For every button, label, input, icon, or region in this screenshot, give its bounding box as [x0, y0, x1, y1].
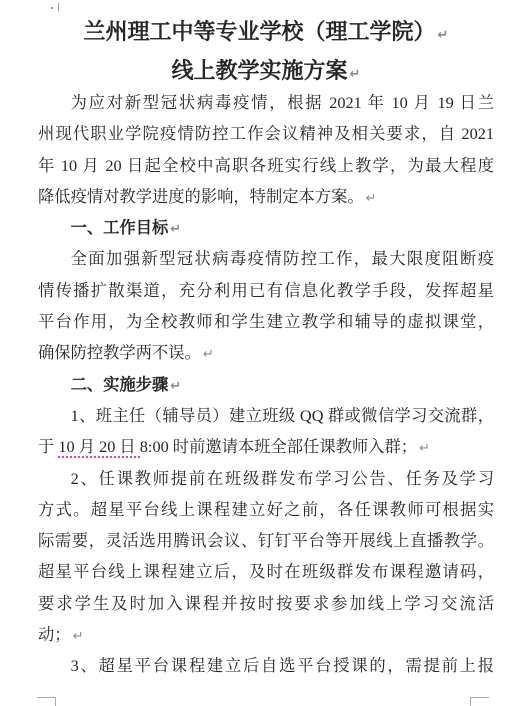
margin-crop-mark-top-left: [58, 3, 59, 11]
line-text: 际需要，灵活选用腾讯会议、钉钉平台等开展线上直播教学。: [38, 531, 494, 550]
text-line: 于 10 月 20 日 8:00 时前邀请本班全部任课教师入群；↵: [38, 431, 494, 462]
document-body: 为应对新型冠状病毒疫情，根据 2021 年 10 月 19 日兰 州现代职业学院…: [38, 87, 494, 682]
margin-crop-mark-bottom-left: [37, 697, 56, 698]
text-line: 降低疫情对教学进度的影响，特制定本方案。↵: [38, 181, 494, 212]
text-line: 要求学生及时加入课程并按时按要求参加线上学习交流活: [38, 588, 494, 619]
line-text: 要求学生及时加入课程并按时按要求参加线上学习交流活: [38, 594, 494, 613]
text-line: 平台作用，为全校教师和学生建立教学和辅导的虚拟课堂，: [38, 306, 494, 337]
date-underlined-text: 10 月 20 日: [58, 437, 139, 458]
text-line: 1、班主任（辅导员）建立班级 QQ 群或微信学习交流群，: [38, 400, 494, 431]
line-text: 为应对新型冠状病毒疫情，根据 2021 年 10 月 19 日兰: [71, 93, 494, 112]
line-text: 1、班主任（辅导员）建立班级 QQ 群或微信学习交流群，: [71, 406, 494, 425]
title-line-2-text: 线上教学实施方案: [172, 58, 348, 83]
line-text: 全面加强新型冠状病毒疫情防控工作，最大限度阻断疫: [71, 249, 494, 268]
title-line-1-text: 兰州理工中等专业学校（理工学院）: [84, 19, 436, 44]
heading-text: 二、实施步骤: [71, 375, 169, 394]
line-text: 方式。超星平台线上课程建立好之前，各任课教师可根据实: [38, 500, 494, 519]
text-line: 年 10 月 20 日起全校中高职各班实行线上教学，为最大程度: [38, 150, 494, 181]
text-line: 情传播扩散渠道，充分利用已有信息化教学手段，发挥超星: [38, 275, 494, 306]
section-heading-2: 二、实施步骤↵: [38, 369, 494, 400]
paragraph-mark-icon: ↵: [203, 347, 214, 362]
line-text: 2、任课教师提前在班级群发布学习公告、任务及学习: [71, 469, 494, 488]
line-text: 情传播扩散渠道，充分利用已有信息化教学手段，发挥超星: [38, 281, 494, 300]
paragraph-mark-icon: ↵: [366, 191, 377, 206]
text-line: 超星平台线上课程建立后，及时在班级群发布课程邀请码，: [38, 556, 494, 587]
paragraph-mark-icon: ↵: [419, 441, 430, 456]
margin-crop-mark-bottom-right: [470, 697, 489, 698]
paragraph-mark-icon: ↵: [170, 379, 181, 394]
line-text: 于: [38, 437, 58, 456]
line-text: 8:00 时前邀请本班全部任课教师入群；: [140, 437, 417, 456]
text-line: 动；↵: [38, 619, 494, 650]
text-line: 为应对新型冠状病毒疫情，根据 2021 年 10 月 19 日兰: [38, 87, 494, 118]
paragraph-mark-icon: ↵: [438, 28, 449, 43]
text-line: 2、任课教师提前在班级群发布学习公告、任务及学习: [38, 463, 494, 494]
line-text: 年 10 月 20 日起全校中高职各班实行线上教学，为最大程度: [38, 156, 494, 175]
text-line: 确保防控教学两不误。↵: [38, 337, 494, 368]
line-text: 确保防控教学两不误。: [38, 343, 201, 362]
margin-crop-mark-bottom-left: [55, 697, 56, 706]
section-heading-1: 一、工作目标↵: [38, 212, 494, 243]
heading-text: 一、工作目标: [71, 218, 169, 237]
line-text: 降低疫情对教学进度的影响，特制定本方案。: [38, 187, 364, 206]
line-text: 3、超星平台课程建立后自选平台授课的，需提前上报: [71, 656, 494, 675]
margin-crop-mark-bottom-right: [470, 697, 471, 706]
paragraph-mark-icon: ↵: [170, 222, 181, 237]
line-text: 超星平台线上课程建立后，及时在班级群发布课程邀请码，: [38, 562, 494, 581]
paragraph-mark-icon: ↵: [350, 67, 361, 82]
paragraph-mark-icon: ↵: [73, 629, 84, 644]
document-page: 兰州理工中等专业学校（理工学院）↵ 线上教学实施方案↵ 为应对新型冠状病毒疫情，…: [0, 0, 531, 706]
text-line: 际需要，灵活选用腾讯会议、钉钉平台等开展线上直播教学。: [38, 525, 494, 556]
line-text: 动；: [38, 625, 71, 644]
text-line: 方式。超星平台线上课程建立好之前，各任课教师可根据实: [38, 494, 494, 525]
line-text: 州现代职业学院疫情防控工作会议精神及相关要求，自 2021: [38, 124, 494, 143]
document-title: 兰州理工中等专业学校（理工学院）↵ 线上教学实施方案↵: [38, 14, 494, 92]
text-line: 3、超星平台课程建立后自选平台授课的，需提前上报: [38, 650, 494, 681]
title-line-1: 兰州理工中等专业学校（理工学院）↵: [38, 14, 494, 53]
line-text: 平台作用，为全校教师和学生建立教学和辅导的虚拟课堂，: [38, 312, 494, 331]
margin-crop-mark-top-left-dot: [51, 7, 53, 9]
text-line: 州现代职业学院疫情防控工作会议精神及相关要求，自 2021: [38, 118, 494, 149]
text-line: 全面加强新型冠状病毒疫情防控工作，最大限度阻断疫: [38, 243, 494, 274]
